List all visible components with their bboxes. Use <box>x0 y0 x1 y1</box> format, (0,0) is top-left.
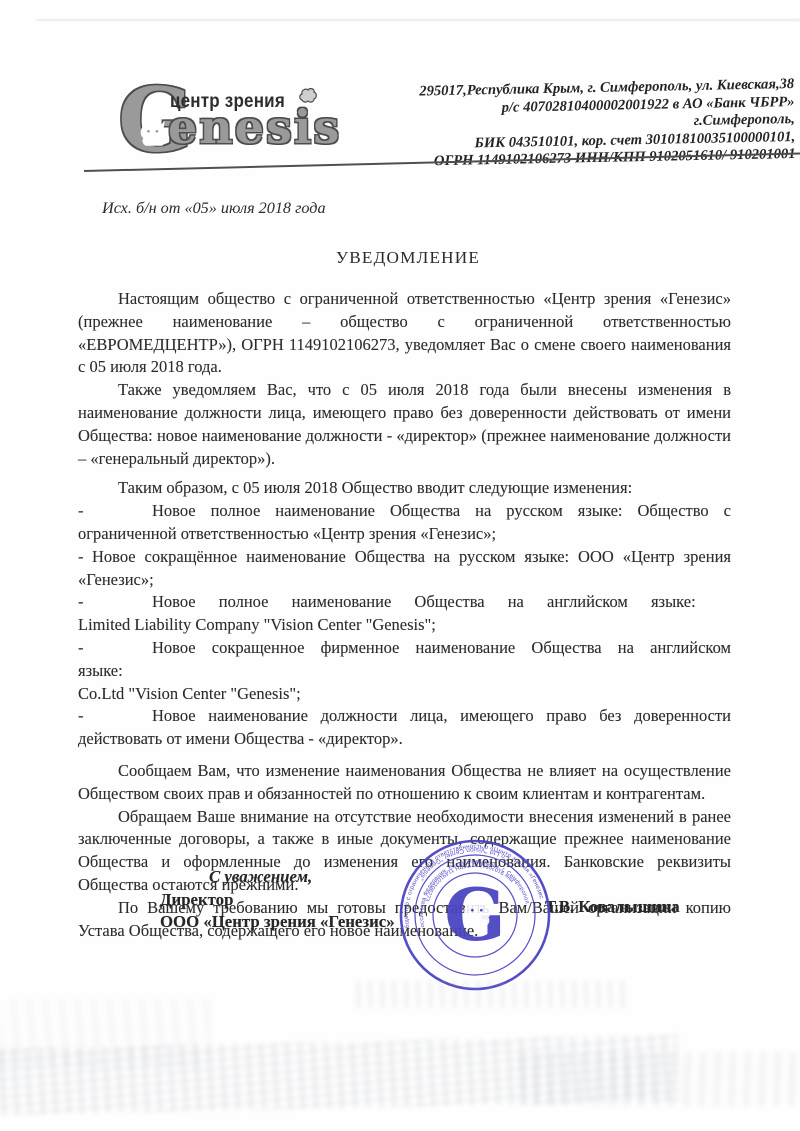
list-item-text: Новое полное наименование Общества на ан… <box>152 592 696 611</box>
scan-noise-band <box>0 1035 679 1115</box>
signature-block: С уважением, Директор ООО «Центр зрения … <box>160 866 395 934</box>
dash: - <box>78 591 152 614</box>
scanned-letter-page: G центр зрения enesis 295017,Республика … <box>0 0 800 1131</box>
scan-noise-band <box>520 1052 800 1106</box>
signature-salutation: С уважением, <box>209 866 395 889</box>
paragraph-changes-intro: Таким образом, с 05 июля 2018 Общество в… <box>78 477 731 500</box>
reference-line: Исх. б/н от «05» июля 2018 года <box>102 199 326 218</box>
list-item-text: Новое сокращённое наименование Общества … <box>78 547 731 589</box>
signature-company: ООО «Центр зрения «Генезис» <box>160 911 395 934</box>
dash: - <box>78 705 152 728</box>
list-item-text-en: Limited Liability Company "Vision Center… <box>78 615 436 634</box>
scan-noise-patch <box>0 998 210 1068</box>
list-item-full-name-en: -Новое полное наименование Общества на а… <box>78 591 731 637</box>
dash: - <box>78 637 152 660</box>
dash: - <box>78 546 92 569</box>
paragraph-no-impact: Сообщаем Вам, что изменение наименования… <box>78 760 731 806</box>
signature-name: Т.В. Ковалышина <box>545 897 680 917</box>
signature-position: Директор <box>160 889 395 912</box>
paragraph-intro: Настоящим общество с ограниченной ответс… <box>78 288 731 379</box>
list-item-text: Новое сокращенное фирменное наименование… <box>78 638 731 680</box>
list-item-short-name-en: -Новое сокращенное фирменное наименовани… <box>78 637 731 705</box>
company-stamp: Общество с ограниченной ответственностью… <box>396 836 554 994</box>
list-item-position-title: -Новое наименование должности лица, имею… <box>78 705 731 751</box>
list-item-text: Новое наименование должности лица, имеющ… <box>78 706 731 748</box>
document-title: УВЕДОМЛЕНИЕ <box>0 248 800 268</box>
paragraph-position-change: Также уведомляем Вас, что с 05 июля 2018… <box>78 379 731 470</box>
list-item-text: Новое полное наименование Общества на ру… <box>78 501 731 543</box>
list-item-full-name-ru: -Новое полное наименование Общества на р… <box>78 500 731 546</box>
list-item-text-en: Co.Ltd "Vision Center "Genesis"; <box>78 684 301 703</box>
stamp-cat-icon <box>464 899 490 926</box>
dash: - <box>78 500 152 523</box>
list-item-short-name-ru: -Новое сокращённое наименование Общества… <box>78 546 731 592</box>
company-logo: G центр зрения enesis <box>122 92 322 170</box>
cat-icon <box>134 116 168 150</box>
scan-edge-artifact <box>36 19 800 21</box>
